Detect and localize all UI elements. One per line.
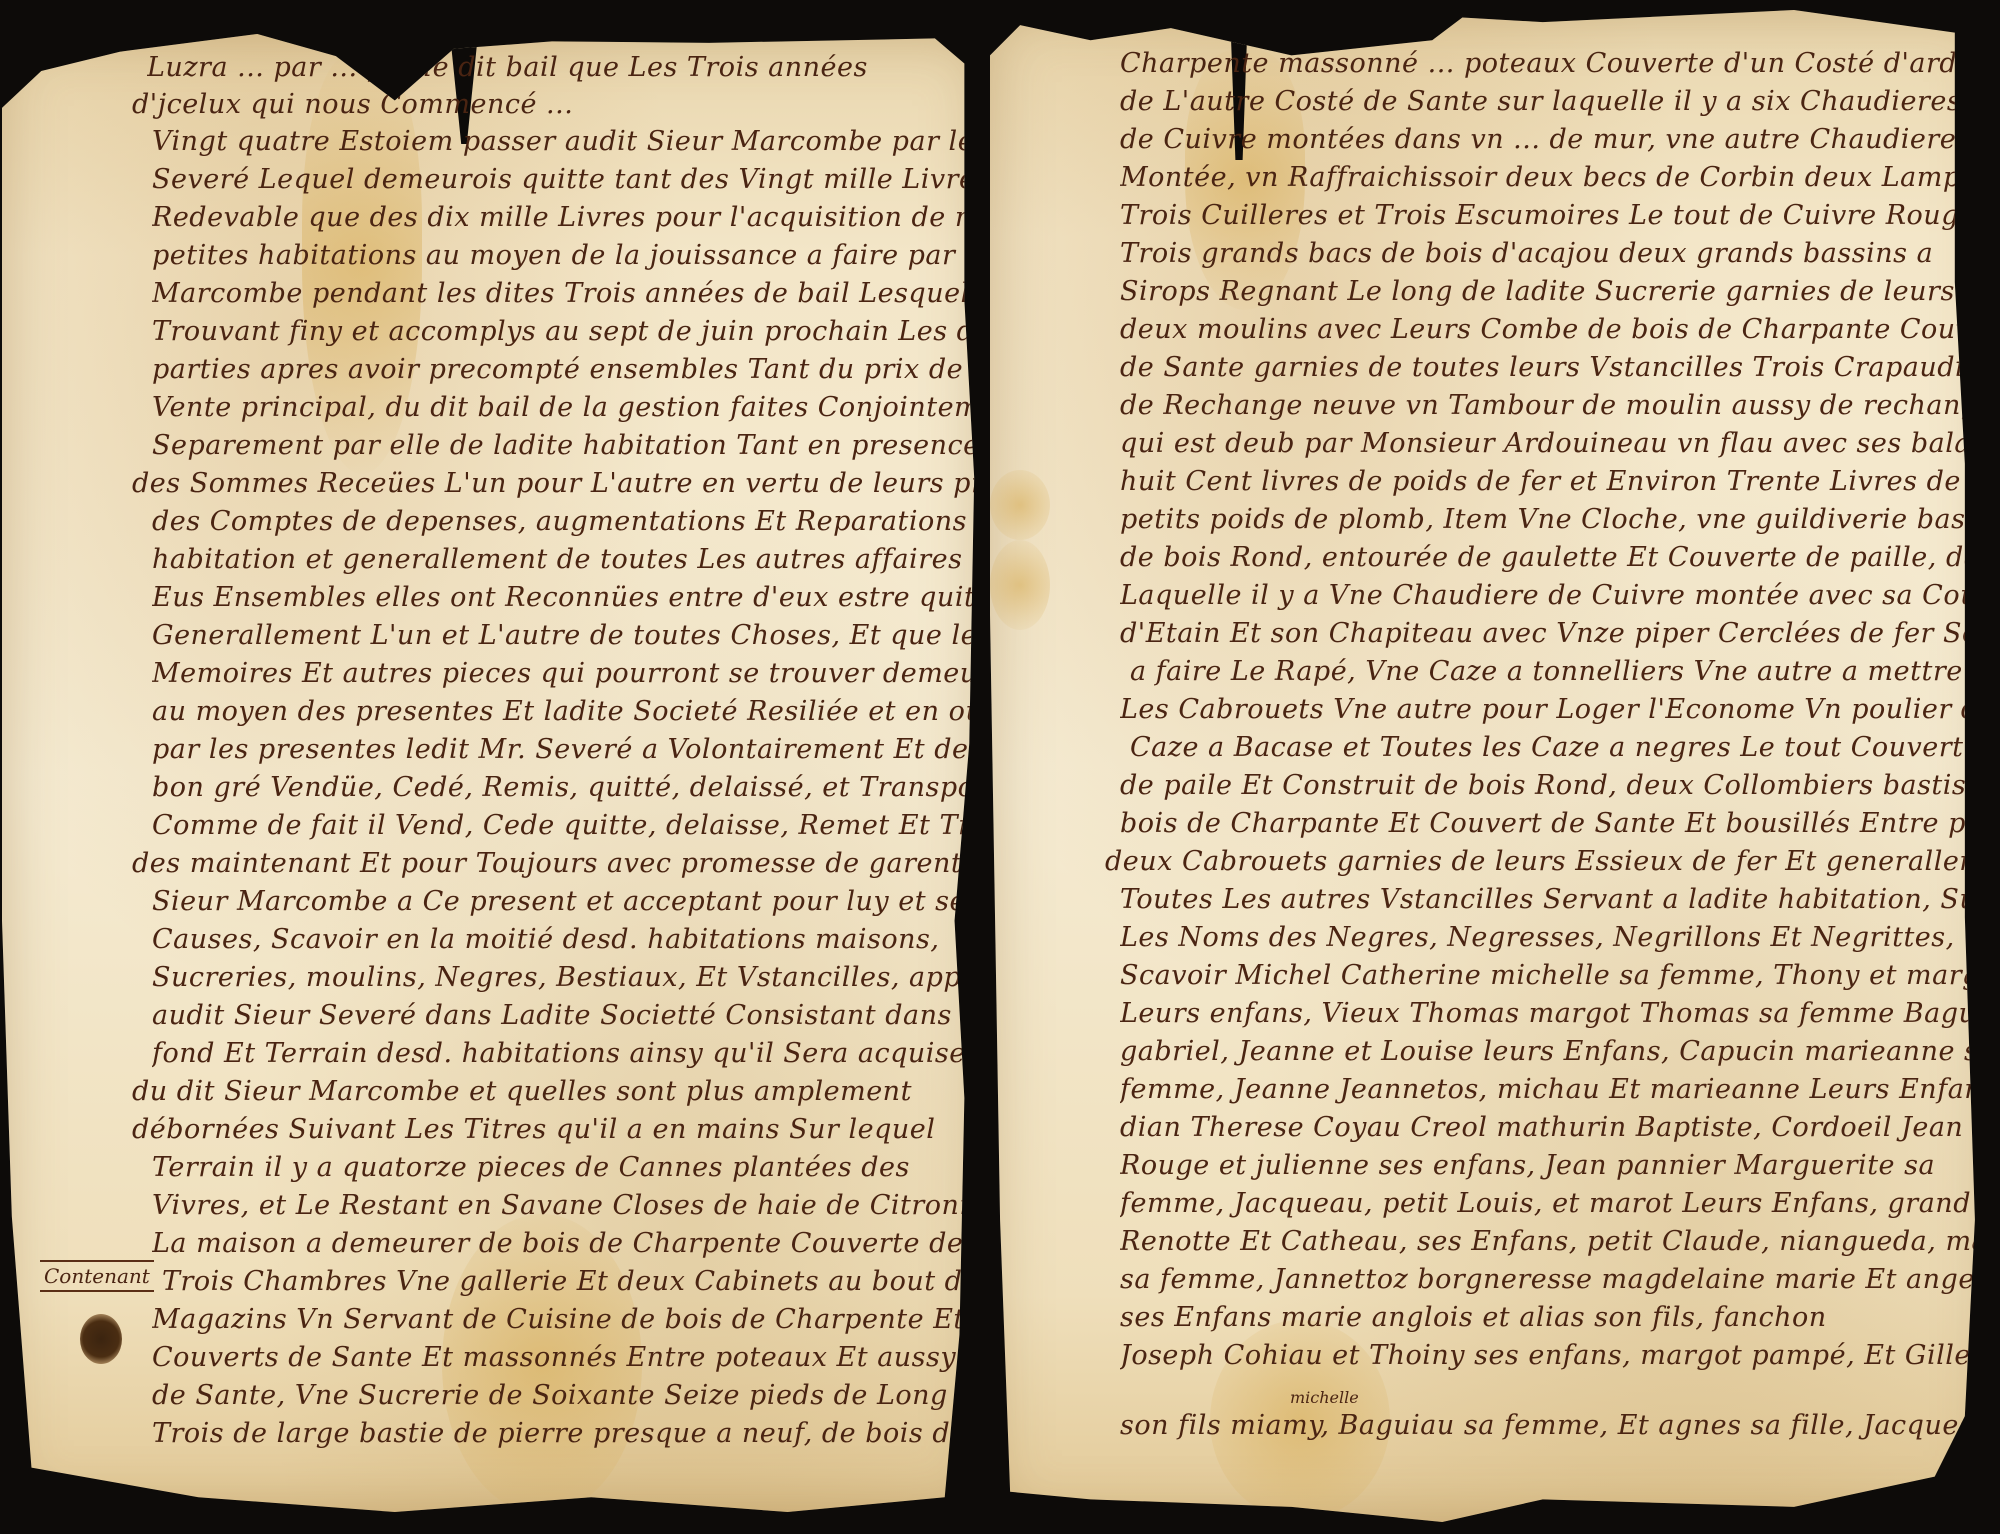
text-line: Vente principal, du dit bail de la gesti…: [152, 392, 1070, 423]
text-line: audit Sieur Severé dans Ladite Societté …: [152, 1000, 996, 1031]
text-line: de Sante, Vne Sucrerie de Soixante Seize…: [152, 1380, 1087, 1411]
water-stain: [990, 540, 1050, 630]
text-line: La maison a demeurer de bois de Charpent…: [152, 1228, 1054, 1259]
text-line: parties apres avoir precompté ensembles …: [152, 354, 1053, 385]
text-line: Magazins Vn Servant de Cuisine de bois d…: [152, 1304, 965, 1335]
text-line: Vingt quatre Estoiem passer audit Sieur …: [152, 126, 1107, 157]
text-line: ses Enfans marie anglois et alias son fi…: [1120, 1302, 1827, 1333]
text-line: de paile Et Construit de bois Rond, deux…: [1120, 770, 2000, 801]
text-line: Eus Ensembles elles ont Reconnües entre …: [152, 582, 1018, 613]
text-line: Les Cabrouets Vne autre pour Loger l'Eco…: [1120, 694, 2000, 725]
text-line: petits poids de plomb, Item Vne Cloche, …: [1120, 504, 1993, 535]
text-line: a faire Le Rapé, Vne Caze a tonnelliers …: [1130, 656, 1963, 687]
text-line: Luzra ... par ... par le dit bail que Le…: [147, 52, 868, 83]
text-line: Comme de fait il Vend, Cede quitte, dela…: [152, 810, 1089, 841]
text-line: du dit Sieur Marcombe et quelles sont pl…: [132, 1076, 912, 1107]
text-line: son fils miamy, Baguiau sa femme, Et agn…: [1120, 1410, 1973, 1441]
text-line: des Comptes de depenses, augmentations E…: [152, 506, 1100, 537]
text-line: deux moulins avec Leurs Combe de bois de…: [1120, 314, 2000, 345]
text-line: d'jcelux qui nous Commencé ...: [132, 89, 573, 120]
text-line: débornées Suivant Les Titres qu'il a en …: [132, 1114, 935, 1145]
text-line: Charpente massonné ... poteaux Couverte …: [1120, 48, 2000, 79]
text-line: de Cuivre montées dans vn ... de mur, vn…: [1120, 124, 2000, 155]
text-line: Couverts de Sante Et massonnés Entre pot…: [152, 1342, 1078, 1373]
text-line: Causes, Scavoir en la moitié desd. habit…: [152, 924, 939, 955]
text-line: Trouvant finy et accomplys au sept de ju…: [152, 316, 1026, 347]
text-line: Leurs enfans, Vieux Thomas margot Thomas…: [1120, 998, 2000, 1029]
text-line: Les Noms des Negres, Negresses, Negrillo…: [1120, 922, 1955, 953]
text-line: des Sommes Receües L'un pour L'autre en …: [132, 468, 1120, 499]
text-line: de L'autre Costé de Sante sur laquelle i…: [1120, 86, 1961, 117]
text-line: bon gré Vendüe, Cedé, Remis, quitté, del…: [152, 772, 1016, 803]
text-line: au moyen des presentes Et ladite Societé…: [152, 696, 1024, 727]
text-line: femme, Jeanne Jeannetos, michau Et marie…: [1120, 1074, 2000, 1105]
text-line: Montée, vn Raffraichissoir deux becs de …: [1120, 162, 1991, 193]
text-line: Trois de large bastie de pierre presque …: [152, 1418, 967, 1449]
text-line: Marcombe pendant les dites Trois années …: [152, 278, 1024, 309]
text-line: Renotte Et Catheau, ses Enfans, petit Cl…: [1120, 1226, 2000, 1257]
text-line: Terrain il y a quatorze pieces de Cannes…: [152, 1152, 910, 1183]
text-line: Caze a Bacase et Toutes les Caze a negre…: [1130, 732, 1964, 763]
text-line: de Rechange neuve vn Tambour de moulin a…: [1120, 390, 1995, 421]
text-line: Sirops Regnant Le long de ladite Sucreri…: [1120, 276, 2000, 307]
text-line: de bois Rond, entourée de gaulette Et Co…: [1120, 542, 2000, 573]
ink-blot: [80, 1314, 122, 1364]
right-manuscript-page: michelle Charpente massonné ... poteaux …: [990, 10, 1995, 1522]
text-line: Rouge et julienne ses enfans, Jean panni…: [1120, 1150, 1935, 1181]
text-line: Joseph Cohiau et Thoiny ses enfans, marg…: [1120, 1340, 1985, 1371]
text-line: femme, Jacqueau, petit Louis, et marot L…: [1120, 1188, 2000, 1219]
interlinear-note: michelle: [1290, 1388, 1359, 1407]
text-line: des maintenant Et pour Toujours avec pro…: [132, 848, 1070, 879]
text-line: Trois grands bacs de bois d'acajou deux …: [1120, 238, 1933, 269]
text-line: deux Cabrouets garnies de leurs Essieux …: [1105, 846, 2000, 877]
margin-note-contenant: Contenant: [40, 1260, 154, 1292]
text-line: qui est deub par Monsieur Ardouineau vn …: [1120, 428, 2000, 459]
text-line: Generallement L'un et L'autre de toutes …: [152, 620, 1125, 651]
text-line: huit Cent livres de poids de fer et Envi…: [1120, 466, 1961, 497]
text-line: Toutes Les autres Vstancilles Servant a …: [1120, 884, 2000, 915]
text-line: Trois Cuilleres et Trois Escumoires Le t…: [1120, 200, 1975, 231]
text-line: Sucreries, moulins, Negres, Bestiaux, Et…: [152, 962, 1086, 993]
text-line: Scavoir Michel Catherine michelle sa fem…: [1120, 960, 2000, 991]
text-line: bois de Charpante Et Couvert de Sante Et…: [1120, 808, 2000, 839]
text-line: sa femme, Jannettoz borgneresse magdelai…: [1120, 1264, 2000, 1295]
text-line: habitation et generallement de toutes Le…: [152, 544, 1103, 575]
text-line: par les presentes ledit Mr. Severé a Vol…: [152, 734, 1027, 765]
text-line: Trois Chambres Vne gallerie Et deux Cabi…: [162, 1266, 1070, 1297]
text-line: de Sante garnies de toutes leurs Vstanci…: [1120, 352, 2000, 383]
text-line: gabriel, Jeanne et Louise leurs Enfans, …: [1120, 1036, 1995, 1067]
text-line: petites habitations au moyen de la jouis…: [152, 240, 1122, 271]
left-manuscript-page: Contenant Luzra ... par ... par le dit b…: [2, 34, 984, 1512]
text-line: Sieur Marcombe a Ce present et acceptant…: [152, 886, 1071, 917]
text-line: d'Etain Et son Chapiteau avec Vnze piper…: [1120, 618, 2000, 649]
water-stain: [990, 470, 1050, 540]
text-line: Vivres, et Le Restant en Savane Closes d…: [152, 1190, 1016, 1221]
text-line: dian Therese Coyau Creol mathurin Baptis…: [1120, 1112, 1963, 1143]
text-line: fond Et Terrain desd. habitations ainsy …: [152, 1038, 980, 1069]
text-line: Laquelle il y a Vne Chaudiere de Cuivre …: [1120, 580, 2000, 611]
